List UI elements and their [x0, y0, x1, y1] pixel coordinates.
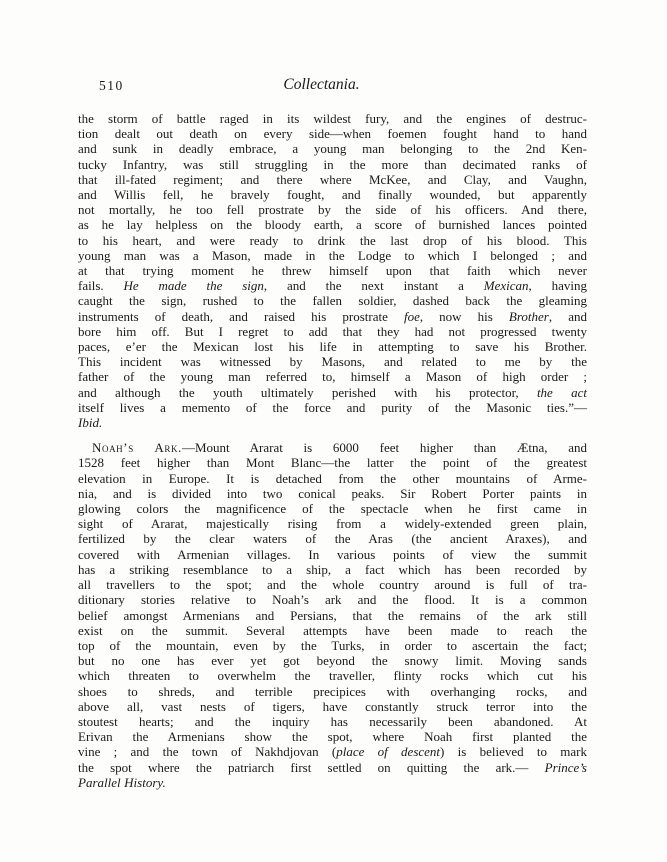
body-text-run: fertilized by the clear waters of the Ar…: [78, 531, 587, 546]
text-line: but no one has ever yet got beyond the s…: [78, 653, 587, 668]
body-text-run: to his heart, and were ready to drink th…: [78, 233, 587, 248]
body-text-run: sight of Ararat, majestically rising fro…: [78, 516, 587, 531]
body-text-run: has a striking resemblance to a ship, a …: [78, 562, 587, 577]
paragraph: Noah’s Ark.—Mount Ararat is 6000 feet hi…: [78, 440, 587, 790]
body-text-run: , and: [549, 309, 587, 324]
body-text-run: tucky Infantry, was still struggling in …: [78, 157, 587, 172]
text-line: ditionary stories relative to Noah’s ark…: [78, 592, 587, 607]
text-line: not mortally, he too fell prostrate by t…: [78, 202, 587, 217]
small-caps-text: Noah’s Ark.: [92, 440, 182, 455]
text-line: vine ; and the town of Nakhdjovan (place…: [78, 744, 587, 759]
text-line: as he lay helpless on the bloody earth, …: [78, 217, 587, 232]
text-line: bore him off. But I regret to add that t…: [78, 324, 587, 339]
body-text-run: covered with Armenian villages. In vario…: [78, 547, 587, 562]
body-text-run: ditionary stories relative to Noah’s ark…: [78, 592, 587, 607]
text-line: the spot where the patriarch first settl…: [78, 760, 587, 775]
italic-text: Prince’s: [545, 760, 587, 775]
body-text-run: , and the next instant a: [264, 278, 484, 293]
italic-text: Mexican: [484, 278, 529, 293]
text-line: itself lives a memento of the force and …: [78, 400, 587, 415]
body-text-run: paces, e’er the Mexican lost his life in…: [78, 339, 587, 354]
body-text-run: as he lay helpless on the bloody earth, …: [78, 217, 587, 232]
text-line: This incident was witnessed by Masons, a…: [78, 354, 587, 369]
body-text-run: which threaten to overwhelm the travelle…: [78, 668, 587, 683]
running-head: 510 Collectania.: [78, 76, 587, 95]
italic-text: the act: [537, 385, 587, 400]
text-line: and sunk in deadly embrace, a young man …: [78, 141, 587, 156]
text-line: fertilized by the clear waters of the Ar…: [78, 531, 587, 546]
body-text-run: stoutest hearts; and the inquiry has nec…: [78, 714, 587, 729]
body-text-run: father of the young man referred to, him…: [78, 369, 587, 384]
italic-text: He made the sign: [123, 278, 263, 293]
text-line: above all, vast nests of tigers, have co…: [78, 699, 587, 714]
text-line: paces, e’er the Mexican lost his life in…: [78, 339, 587, 354]
text-line: father of the young man referred to, him…: [78, 369, 587, 384]
body-text-run: elevation in Europe. It is detached from…: [78, 471, 587, 486]
italic-text: Parallel History.: [78, 775, 166, 790]
body-text-run: itself lives a memento of the force and …: [78, 400, 587, 415]
text-line: Erivan the Armenians show the spot, wher…: [78, 729, 587, 744]
body-text-run: and although the youth ultimately perish…: [78, 385, 537, 400]
body-text-run: This incident was witnessed by Masons, a…: [78, 354, 587, 369]
text-line: exist on the summit. Several attempts ha…: [78, 623, 587, 638]
body-text-run: and Willis fell, he bravely fought, and …: [78, 187, 587, 202]
body-text-run: belief amongst Armenians and Persians, t…: [78, 608, 587, 623]
body-text-run: vine ; and the town of Nakhdjovan (: [78, 744, 336, 759]
text-line: belief amongst Armenians and Persians, t…: [78, 608, 587, 623]
text-line: elevation in Europe. It is detached from…: [78, 471, 587, 486]
text-line: that ill-fated regiment; and there where…: [78, 172, 587, 187]
body-text-run: that ill-fated regiment; and there where…: [78, 172, 587, 187]
text-line: and although the youth ultimately perish…: [78, 385, 587, 400]
body-text-run: 1528 feet higher than Mont Blanc—the lat…: [78, 455, 587, 470]
body-text-run: bore him off. But I regret to add that t…: [78, 324, 587, 339]
running-title: Collectania.: [67, 76, 576, 94]
text-line: 1528 feet higher than Mont Blanc—the lat…: [78, 455, 587, 470]
text-line: Noah’s Ark.—Mount Ararat is 6000 feet hi…: [78, 440, 587, 455]
text-line: all travellers to the spot; and the whol…: [78, 577, 587, 592]
text-line: Parallel History.: [78, 775, 587, 790]
text-line: stoutest hearts; and the inquiry has nec…: [78, 714, 587, 729]
text-line: tucky Infantry, was still struggling in …: [78, 157, 587, 172]
text-line: glowing colors the magnificence of the s…: [78, 501, 587, 516]
body-text-run: glowing colors the magnificence of the s…: [78, 501, 587, 516]
body-text-run: shoes to shreds, and terrible precipices…: [78, 684, 587, 699]
text-line: Ibid.: [78, 415, 587, 430]
body-text-run: but no one has ever yet got beyond the s…: [78, 653, 587, 668]
text-line: has a striking resemblance to a ship, a …: [78, 562, 587, 577]
body-text-run: above all, vast nests of tigers, have co…: [78, 699, 587, 714]
text-line: tion dealt out death on every side—when …: [78, 126, 587, 141]
text-line: nia, and is divided into two conical pea…: [78, 486, 587, 501]
paragraph: the storm of battle raged in its wildest…: [78, 111, 587, 430]
text-line: the storm of battle raged in its wildest…: [78, 111, 587, 126]
text-line: and Willis fell, he bravely fought, and …: [78, 187, 587, 202]
italic-text: place of descent: [336, 744, 440, 759]
body-text-run: top of the mountain, even by the Turks, …: [78, 638, 587, 653]
body-text-run: not mortally, he too fell prostrate by t…: [78, 202, 587, 217]
text-line: top of the mountain, even by the Turks, …: [78, 638, 587, 653]
text-line: to his heart, and were ready to drink th…: [78, 233, 587, 248]
text-line: instruments of death, and raised his pro…: [78, 309, 587, 324]
text-column: 510 Collectania. the storm of battle rag…: [78, 76, 587, 790]
body-text-run: ) is believed to mark: [440, 744, 587, 759]
body-text-run: at that trying moment he threw himself u…: [78, 263, 587, 278]
body-text-run: caught the sign, rushed to the fallen so…: [78, 293, 587, 308]
italic-text: Brother: [509, 309, 549, 324]
body-text-run: —Mount Ararat is 6000 feet higher than Æ…: [182, 440, 587, 455]
body-text-run: tion dealt out death on every side—when …: [78, 126, 587, 141]
body-text-run: , having: [529, 278, 587, 293]
italic-text: foe: [404, 309, 420, 324]
body-text-run: instruments of death, and raised his pro…: [78, 309, 404, 324]
body-text-run: all travellers to the spot; and the whol…: [78, 577, 587, 592]
body-text-run: the storm of battle raged in its wildest…: [78, 111, 587, 126]
body-text-run: , now his: [420, 309, 509, 324]
text-line: shoes to shreds, and terrible precipices…: [78, 684, 587, 699]
text-line: covered with Armenian villages. In vario…: [78, 547, 587, 562]
page-body: the storm of battle raged in its wildest…: [78, 111, 587, 790]
body-text-run: Erivan the Armenians show the spot, wher…: [78, 729, 587, 744]
book-page: 510 Collectania. the storm of battle rag…: [0, 0, 667, 862]
text-line: which threaten to overwhelm the travelle…: [78, 668, 587, 683]
body-text-run: exist on the summit. Several attempts ha…: [78, 623, 587, 638]
body-text-run: fails.: [78, 278, 123, 293]
body-text-run: young man was a Mason, made in the Lodge…: [78, 248, 587, 263]
text-line: young man was a Mason, made in the Lodge…: [78, 248, 587, 263]
body-text-run: and sunk in deadly embrace, a young man …: [78, 141, 587, 156]
text-line: sight of Ararat, majestically rising fro…: [78, 516, 587, 531]
text-line: caught the sign, rushed to the fallen so…: [78, 293, 587, 308]
body-text-run: the spot where the patriarch first settl…: [78, 760, 545, 775]
text-line: fails. He made the sign, and the next in…: [78, 278, 587, 293]
body-text-run: nia, and is divided into two conical pea…: [78, 486, 587, 501]
italic-text: Ibid.: [78, 415, 102, 430]
text-line: at that trying moment he threw himself u…: [78, 263, 587, 278]
